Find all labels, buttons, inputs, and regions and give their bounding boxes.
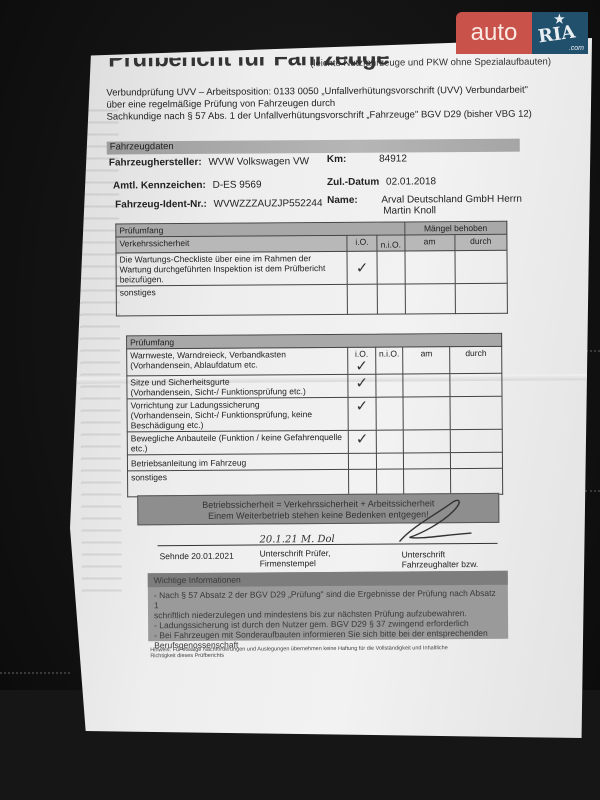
not-ok-column-header: n.i.O. — [377, 235, 405, 251]
km-label: Km: — [327, 154, 347, 165]
owner-name-field: Name: Arval Deutschland GmbH Herrn Marti… — [327, 194, 522, 217]
fixed-by-cell — [451, 429, 503, 452]
registration-date-field: Zul.-Datum 02.01.2018 — [327, 176, 436, 188]
logo-auto-text: auto — [456, 12, 532, 54]
inspector-label-line: Firmenstempel — [260, 558, 331, 568]
footnote-line: Richtigkeit dieses Prüfberichts — [150, 651, 480, 659]
owner-label-line: Fahrzeughalter bzw. — [402, 559, 479, 570]
manufacturer-value: WVW Volkswagen VW — [208, 156, 309, 168]
document-title-note: (leichte Nutzfahrzeuge und PKW ohne Spez… — [310, 56, 551, 69]
row-label-line: (Vorhandensein, Sicht-/ Funktionsprüfung… — [130, 386, 344, 397]
fixed-on-cell — [405, 251, 455, 284]
ok-column-header: i.O. — [347, 235, 377, 251]
fixed-by-cell — [450, 373, 502, 396]
not-ok-cell — [376, 453, 403, 469]
not-ok-cell — [376, 374, 403, 397]
manufacturer-label: Fahrzeughersteller: — [109, 157, 202, 169]
table-row: sonstiges — [116, 283, 507, 316]
ok-column-header: i.O. ✓ — [348, 347, 376, 374]
fixed-by-cell — [455, 250, 507, 283]
fixed-on-cell — [403, 397, 451, 430]
row-label: Betriebsanleitung im Fahrzeug — [127, 453, 348, 471]
defects-fixed-header: Mängel behoben — [404, 221, 507, 235]
row-label: Die Wartungs-Checkliste über eine im Rah… — [116, 251, 347, 286]
disclaimer-footnote: Hinweis: Für etwaige Nachforderungen und… — [150, 645, 480, 659]
checkmark-icon: ✓ — [348, 397, 376, 430]
not-ok-cell — [376, 469, 403, 495]
checkmark-icon: ✓ — [347, 251, 377, 284]
ok-cell — [347, 284, 377, 314]
intro-text: Verbundprüfung UVV – Arbeitsposition: 01… — [106, 85, 532, 124]
fixed-on-cell — [405, 284, 455, 314]
inspector-label-line: Unterschrift Prüfer, — [260, 548, 331, 558]
row-label: Sitze und Sicherheitsgurte (Vorhandensei… — [127, 374, 348, 399]
owner-name-label: Name: — [327, 195, 379, 206]
owner-signature-icon — [391, 497, 491, 548]
row-label: Warnweste, Warndreieck, Verbandkasten (V… — [127, 347, 348, 376]
row-label-line: (Vorhandensein, Sicht-/ Funktionsprüfung… — [131, 409, 345, 430]
vin-value: WVWZZZAUZJP552244 — [214, 198, 323, 210]
owner-name-value: Arval Deutschland GmbH Herrn — [381, 194, 522, 206]
row-label-line: (Vorhandensein, Ablaufdatum etc. — [130, 359, 344, 370]
row-label: sonstiges — [128, 469, 349, 497]
seat-stitch — [0, 672, 70, 674]
fixed-by-cell — [451, 452, 503, 468]
not-ok-cell — [376, 397, 404, 430]
plate-label: Amtl. Kennzeichen: — [113, 180, 206, 192]
registration-date-value: 02.01.2018 — [386, 176, 436, 187]
fixed-by-cell — [451, 468, 503, 494]
row-label: Bewegliche Anbauteile (Funktion / keine … — [127, 430, 348, 455]
km-value: 84912 — [379, 153, 407, 164]
seat-stitch — [585, 490, 600, 492]
not-ok-column-header: n.i.O. — [375, 347, 403, 374]
vin-label: Fahrzeug-Ident-Nr.: — [115, 199, 207, 211]
not-ok-cell — [377, 251, 405, 284]
info-line: - Nach § 57 Absatz 2 der BGV D29 „Prüfun… — [154, 588, 502, 610]
plate-field: Amtl. Kennzeichen: D-ES 9569 — [113, 179, 262, 191]
intro-line: Sachkundige nach § 57 Abs. 1 der Unfallv… — [107, 109, 532, 124]
ok-cell — [348, 453, 376, 469]
km-field: Km: 84912 — [327, 153, 407, 165]
checkmark-icon: ✓ — [351, 359, 372, 373]
not-ok-cell — [377, 284, 405, 314]
fixed-by-column-header: durch — [450, 346, 502, 373]
logo-ria-block: ★ RIA .com — [532, 12, 588, 54]
table-row: Bewegliche Anbauteile (Funktion / keine … — [127, 429, 502, 455]
place-date: Sehnde 20.01.2021 — [160, 551, 234, 562]
ok-cell — [348, 469, 376, 495]
fixed-on-cell — [403, 453, 451, 469]
table-row: Sitze und Sicherheitsgurte (Vorhandensei… — [127, 373, 502, 399]
autoria-logo: auto ★ RIA .com — [456, 12, 588, 54]
vehicle-data-header: Fahrzeugdaten — [107, 139, 520, 155]
logo-ria-text: RIA — [537, 22, 577, 48]
inspector-signature-label: Unterschrift Prüfer, Firmenstempel — [260, 548, 331, 568]
plate-value: D-ES 9569 — [213, 179, 262, 190]
registration-date-label: Zul.-Datum — [327, 177, 379, 188]
fixed-on-cell — [403, 374, 451, 397]
fixed-by-cell — [450, 396, 502, 429]
fixed-on-column-header: am — [403, 347, 451, 374]
traffic-safety-header: Verkehrssicherheit — [116, 235, 347, 253]
fixed-by-column-header: durch — [455, 234, 507, 250]
not-ok-cell — [376, 430, 403, 453]
bleed-through-text — [78, 99, 121, 599]
traffic-safety-table: Prüfumfang Mängel behoben Verkehrssicher… — [115, 221, 508, 317]
important-information-box: Wichtige Informationen - Nach § 57 Absat… — [148, 571, 508, 642]
work-safety-table: Prüfumfang Warnweste, Warndreieck, Verba… — [126, 333, 503, 498]
important-information-title: Wichtige Informationen — [148, 571, 508, 588]
row-label: Vorrichtung zur Ladungssicherung (Vorhan… — [127, 397, 348, 432]
fixed-on-column-header: am — [404, 235, 454, 251]
table-row: Vorrichtung zur Ladungssicherung (Vorhan… — [127, 396, 502, 432]
vin-field: Fahrzeug-Ident-Nr.: WVWZZZAUZJP552244 — [115, 198, 322, 210]
fixed-on-cell — [403, 430, 451, 453]
table-row: Warnweste, Warndreieck, Verbandkasten (V… — [127, 346, 502, 376]
checkmark-icon: ✓ — [348, 374, 376, 397]
logo-domain-suffix: .com — [569, 45, 584, 52]
table-row: Die Wartungs-Checkliste über eine im Rah… — [116, 250, 507, 286]
owner-name-value-line2: Martin Knoll — [383, 205, 522, 217]
manufacturer-field: Fahrzeughersteller: WVW Volkswagen VW — [109, 156, 309, 168]
fixed-on-cell — [404, 469, 452, 495]
checkmark-icon: ✓ — [348, 430, 376, 453]
owner-label-line: Unterschrift — [402, 549, 479, 560]
fixed-by-cell — [455, 283, 507, 313]
row-label: sonstiges — [116, 284, 347, 316]
inspection-report-sheet: Prüfbericht für Fahrzeuge (leichte Nutzf… — [70, 38, 592, 738]
